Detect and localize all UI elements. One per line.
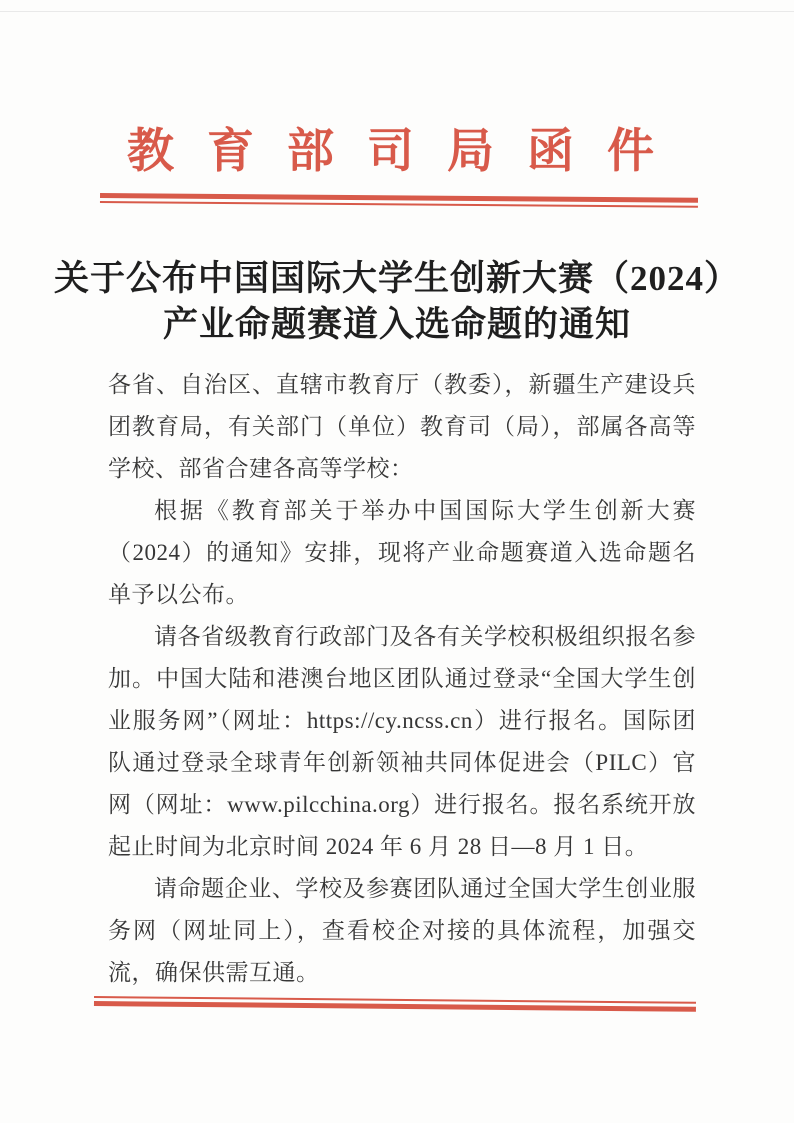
document-title-line2: 产业命题赛道入选命题的通知 [50, 302, 744, 348]
body-paragraph: 各省、自治区、直辖市教育厅（教委），新疆生产建设兵团教育局，有关部门（单位）教育… [108, 364, 696, 490]
body-paragraph: 请各省级教育行政部门及各有关学校积极组织报名参加。中国大陆和港澳台地区团队通过登… [108, 616, 696, 868]
footer-double-rule [94, 996, 696, 1012]
document-body: 各省、自治区、直辖市教育厅（教委），新疆生产建设兵团教育局，有关部门（单位）教育… [108, 364, 696, 994]
scanned-document-page: 教育部司局函件 关于公布中国国际大学生创新大赛（2024） 产业命题赛道入选命题… [0, 0, 794, 1123]
body-paragraph: 根据《教育部关于举办中国国际大学生创新大赛（2024）的通知》安排，现将产业命题… [108, 490, 696, 616]
scan-artifact-line [0, 11, 794, 12]
letterhead-double-rule [100, 193, 698, 208]
document-title-line1: 关于公布中国国际大学生创新大赛（2024） [50, 256, 744, 302]
letterhead-title: 教育部司局函件 [0, 114, 794, 181]
document-title: 关于公布中国国际大学生创新大赛（2024） 产业命题赛道入选命题的通知 [50, 256, 744, 348]
body-paragraph: 请命题企业、学校及参赛团队通过全国大学生创业服务网（网址同上），查看校企对接的具… [108, 868, 696, 994]
